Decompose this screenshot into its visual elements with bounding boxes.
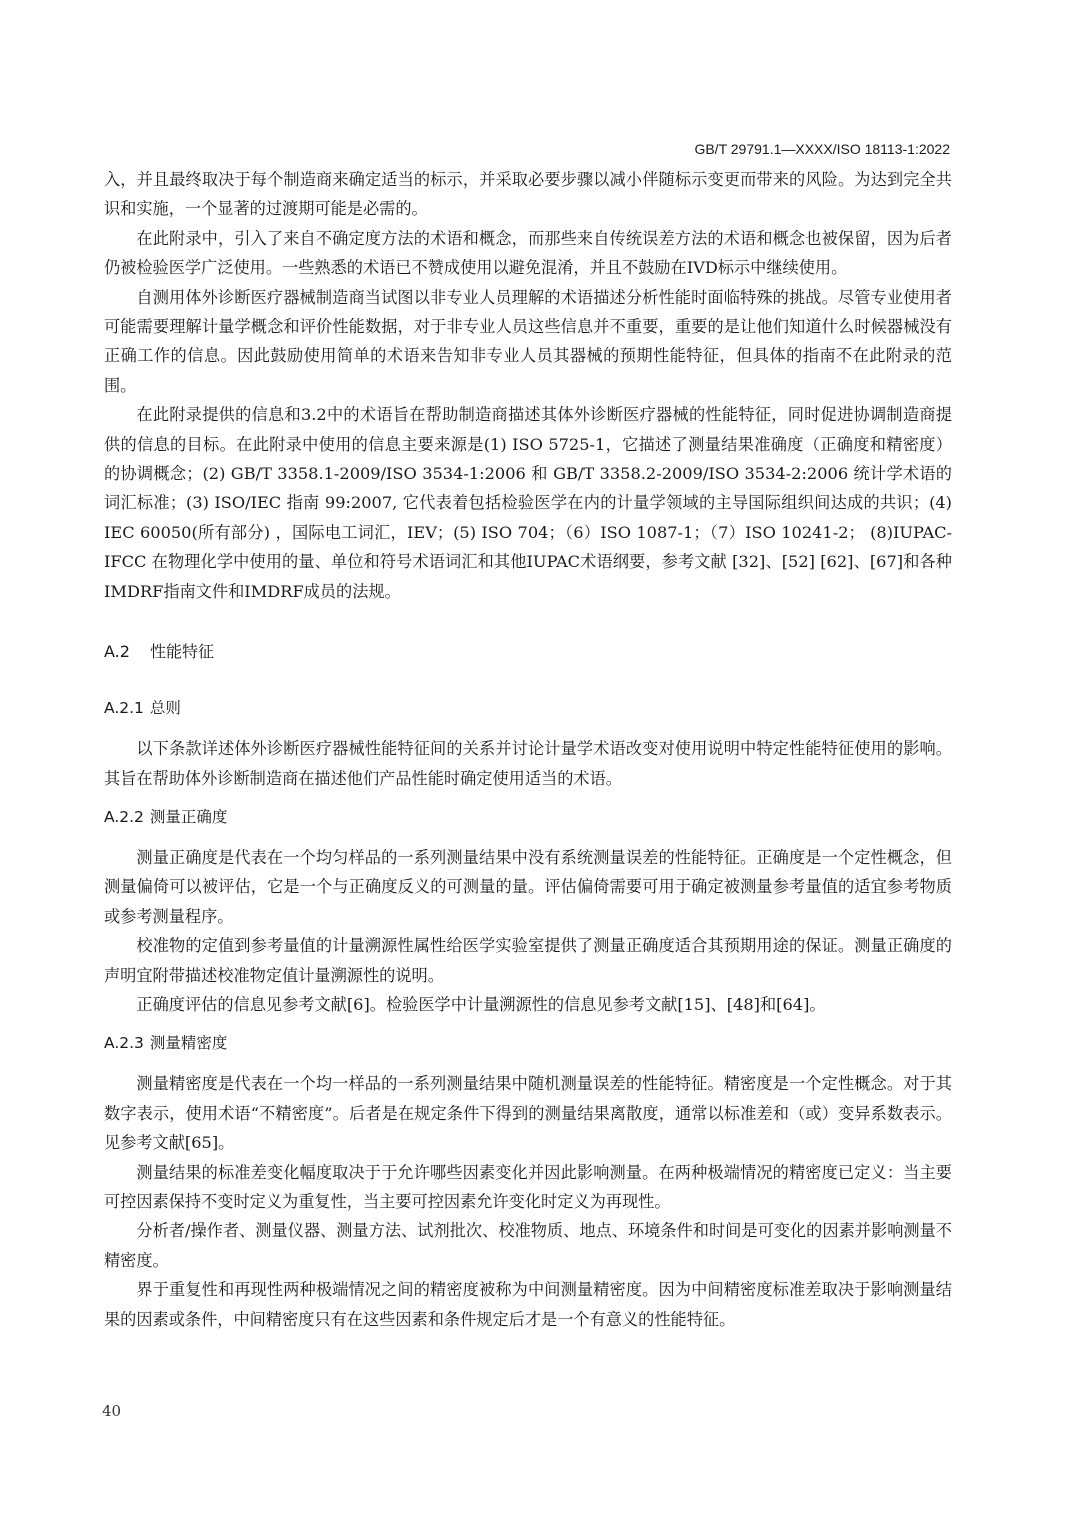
standard-code-header: GB/T 29791.1—XXXX/ISO 18113-1:2022: [694, 141, 950, 157]
section-title: 测量正确度: [150, 808, 228, 826]
paragraph: 测量精密度是代表在一个均一样品的一系列测量结果中随机测量误差的性能特征。精密度是…: [104, 1069, 952, 1157]
section-title: 总则: [150, 699, 181, 717]
section-heading-a21: A.2.1总则: [104, 694, 952, 722]
section-number: A.2: [104, 638, 150, 666]
paragraph: 测量结果的标准差变化幅度取决于于允许哪些因素变化并因此影响测量。在两种极端情况的…: [104, 1158, 952, 1217]
section-number: A.2.2: [104, 808, 144, 826]
section-heading-a22: A.2.2测量正确度: [104, 803, 952, 831]
section-number: A.2.3: [104, 1034, 144, 1052]
section-heading-a2: A.2性能特征: [104, 638, 952, 666]
paragraph: 校准物的定值到参考量值的计量溯源性属性给医学实验室提供了测量正确度适合其预期用途…: [104, 931, 952, 990]
section-number: A.2.1: [104, 699, 144, 717]
section-title: 性能特征: [150, 642, 214, 661]
paragraph: 测量正确度是代表在一个均匀样品的一系列测量结果中没有系统测量误差的性能特征。正确…: [104, 843, 952, 931]
section-title: 测量精密度: [150, 1034, 228, 1052]
paragraph: 界于重复性和再现性两种极端情况之间的精密度被称为中间测量精密度。因为中间精密度标…: [104, 1275, 952, 1334]
section-heading-a23: A.2.3测量精密度: [104, 1029, 952, 1057]
paragraph: 入，并且最终取决于每个制造商来确定适当的标示，并采取必要步骤以减小伴随标示变更而…: [104, 165, 952, 224]
paragraph: 正确度评估的信息见参考文献[6]。检验医学中计量溯源性的信息见参考文献[15]、…: [104, 990, 952, 1019]
paragraph: 自测用体外诊断医疗器械制造商当试图以非专业人员理解的术语描述分析性能时面临特殊的…: [104, 283, 952, 401]
paragraph: 在此附录提供的信息和3.2中的术语旨在帮助制造商描述其体外诊断医疗器械的性能特征…: [104, 400, 952, 606]
document-body: 入，并且最终取决于每个制造商来确定适当的标示，并采取必要步骤以减小伴随标示变更而…: [104, 165, 952, 1334]
paragraph: 在此附录中，引入了来自不确定度方法的术语和概念，而那些来自传统误差方法的术语和概…: [104, 224, 952, 283]
paragraph: 以下条款详述体外诊断医疗器械性能特征间的关系并讨论计量学术语改变对使用说明中特定…: [104, 734, 952, 793]
page-number: 40: [102, 1402, 121, 1420]
paragraph: 分析者/操作者、测量仪器、测量方法、试剂批次、校准物质、地点、环境条件和时间是可…: [104, 1216, 952, 1275]
